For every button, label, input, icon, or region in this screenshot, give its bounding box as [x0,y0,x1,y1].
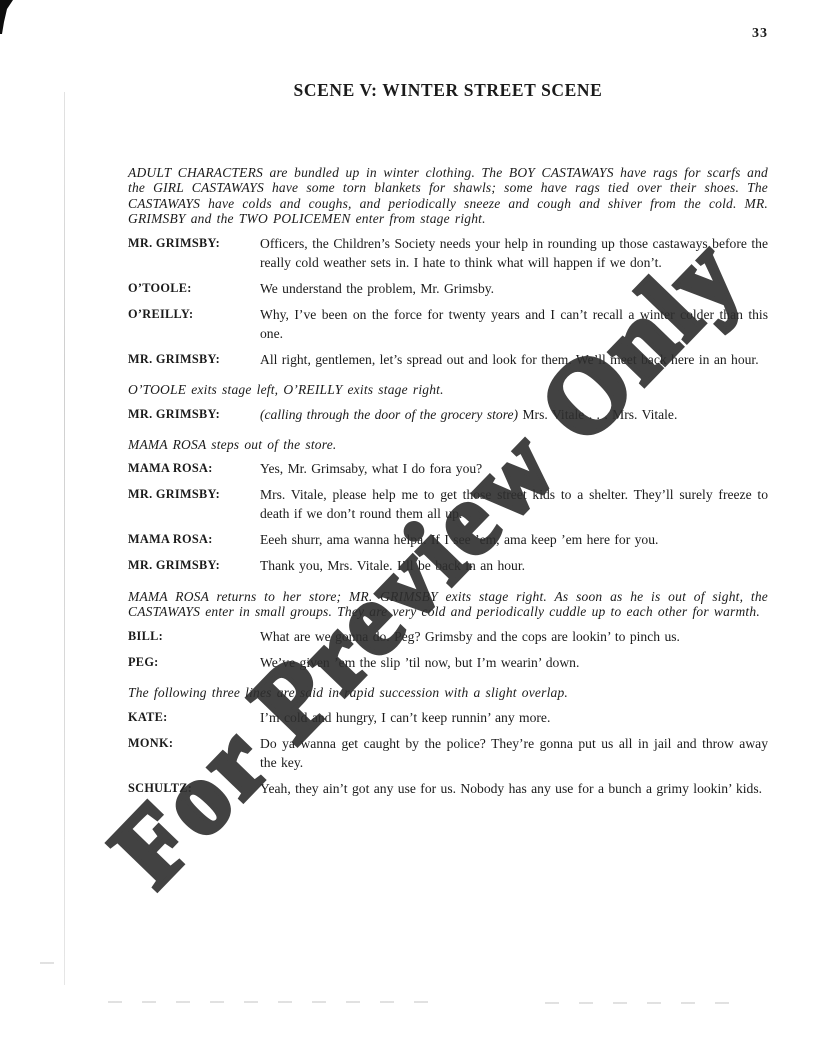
stage-direction: MAMA ROSA steps out of the store. [128,437,768,452]
dialogue-text: We’ve given ’em the slip ’til now, but I… [260,653,768,672]
script-body: ADULT CHARACTERS are bundled up in winte… [128,165,768,798]
character-name: BILL: [128,627,260,646]
script-page: 33 SCENE V: WINTER STREET SCENE ADULT CH… [0,0,816,1056]
character-name: MR. GRIMSBY: [128,234,260,272]
character-name: MR. GRIMSBY: [128,556,260,575]
dialogue-line: Yes, Mr. Grimsaby, what I do fora you? [260,461,482,476]
page-number: 33 [752,26,768,42]
dialogue-text: What are we gonna do. Peg? Grimsby and t… [260,627,768,646]
speech-row: MR. GRIMSBY: All right, gentlemen, let’s… [128,350,768,369]
scan-dash-artifact [108,1001,438,1003]
speech-row: MR. GRIMSBY: Officers, the Children’s So… [128,234,768,272]
dialogue-line: We understand the problem, Mr. Grimsby. [260,281,494,296]
dialogue-line: Eeeh shurr, ama wanna helpa. If I see ’e… [260,532,658,547]
dialogue-line: We’ve given ’em the slip ’til now, but I… [260,655,579,670]
dialogue-text: Do ya wanna get caught by the police? Th… [260,734,768,772]
stage-direction: ADULT CHARACTERS are bundled up in winte… [128,165,768,227]
character-name: MR. GRIMSBY: [128,485,260,523]
dialogue-text: (calling through the door of the grocery… [260,405,768,424]
speech-row: SCHULTZ: Yeah, they ain’t got any use fo… [128,779,768,798]
dialogue-line: Mrs. Vitale, please help me to get those… [260,487,768,521]
stage-direction-text: MAMA ROSA steps out of the store. [128,437,336,452]
page-content: SCENE V: WINTER STREET SCENE ADULT CHARA… [128,80,768,805]
character-name: MR. GRIMSBY: [128,405,260,424]
stage-direction: The following three lines are said in ra… [128,685,768,700]
scan-dash-artifact [40,962,70,964]
dialogue-text: We understand the problem, Mr. Grimsby. [260,279,768,298]
character-name: O’TOOLE: [128,279,260,298]
dialogue-text: All right, gentlemen, let’s spread out a… [260,350,768,369]
speech-row: PEG: We’ve given ’em the slip ’til now, … [128,653,768,672]
dialogue-line: What are we gonna do. Peg? Grimsby and t… [260,629,680,644]
stage-direction-text: ADULT CHARACTERS are bundled up in winte… [128,165,768,226]
speech-row: MR. GRIMSBY: Thank you, Mrs. Vitale. I’l… [128,556,768,575]
dialogue-line: Thank you, Mrs. Vitale. I’ll be back in … [260,558,525,573]
scan-corner-artifact [0,0,16,34]
scan-vertical-line-artifact [64,92,65,985]
stage-direction-text: The following three lines are said in ra… [128,685,568,700]
dialogue-line: Why, I’ve been on the force for twenty y… [260,307,768,341]
character-name: MR. GRIMSBY: [128,350,260,369]
dialogue-text: Yeah, they ain’t got any use for us. Nob… [260,779,768,798]
stage-direction: O’TOOLE exits stage left, O’REILLY exits… [128,382,768,397]
stage-direction-text: O’TOOLE exits stage left, O’REILLY exits… [128,382,444,397]
dialogue-line: Officers, the Children’s Society needs y… [260,236,768,270]
character-name: PEG: [128,653,260,672]
dialogue-text: Yes, Mr. Grimsaby, what I do fora you? [260,459,768,478]
speech-row: KATE: I’m cold and hungry, I can’t keep … [128,708,768,727]
speech-row: MAMA ROSA: Eeeh shurr, ama wanna helpa. … [128,530,768,549]
dialogue-line: I’m cold and hungry, I can’t keep runnin… [260,710,550,725]
dialogue-text: I’m cold and hungry, I can’t keep runnin… [260,708,768,727]
speech-row: MR. GRIMSBY: (calling through the door o… [128,405,768,424]
character-name: KATE: [128,708,260,727]
dialogue-line: Do ya wanna get caught by the police? Th… [260,736,768,770]
speech-row: O’REILLY: Why, I’ve been on the force fo… [128,305,768,343]
parenthetical-direction: (calling through the door of the grocery… [260,407,522,422]
character-name: MAMA ROSA: [128,459,260,478]
dialogue-text: Eeeh shurr, ama wanna helpa. If I see ’e… [260,530,768,549]
speech-row: O’TOOLE: We understand the problem, Mr. … [128,279,768,298]
speech-row: MR. GRIMSBY: Mrs. Vitale, please help me… [128,485,768,523]
scene-title: SCENE V: WINTER STREET SCENE [128,80,768,101]
stage-direction: MAMA ROSA returns to her store; MR. GRIM… [128,589,768,620]
stage-direction-text: MAMA ROSA returns to her store; MR. GRIM… [128,589,768,619]
dialogue-text: Mrs. Vitale, please help me to get those… [260,485,768,523]
dialogue-line: Mrs. Vitale . . . Mrs. Vitale. [522,407,677,422]
speech-row: BILL: What are we gonna do. Peg? Grimsby… [128,627,768,646]
speech-row: MAMA ROSA: Yes, Mr. Grimsaby, what I do … [128,459,768,478]
character-name: MAMA ROSA: [128,530,260,549]
dialogue-text: Thank you, Mrs. Vitale. I’ll be back in … [260,556,768,575]
character-name: MONK: [128,734,260,772]
dialogue-line: Yeah, they ain’t got any use for us. Nob… [260,781,762,796]
character-name: O’REILLY: [128,305,260,343]
speech-row: MONK: Do ya wanna get caught by the poli… [128,734,768,772]
dialogue-text: Officers, the Children’s Society needs y… [260,234,768,272]
scan-dash-artifact [545,1002,745,1004]
character-name: SCHULTZ: [128,779,260,798]
dialogue-text: Why, I’ve been on the force for twenty y… [260,305,768,343]
dialogue-line: All right, gentlemen, let’s spread out a… [260,352,759,367]
